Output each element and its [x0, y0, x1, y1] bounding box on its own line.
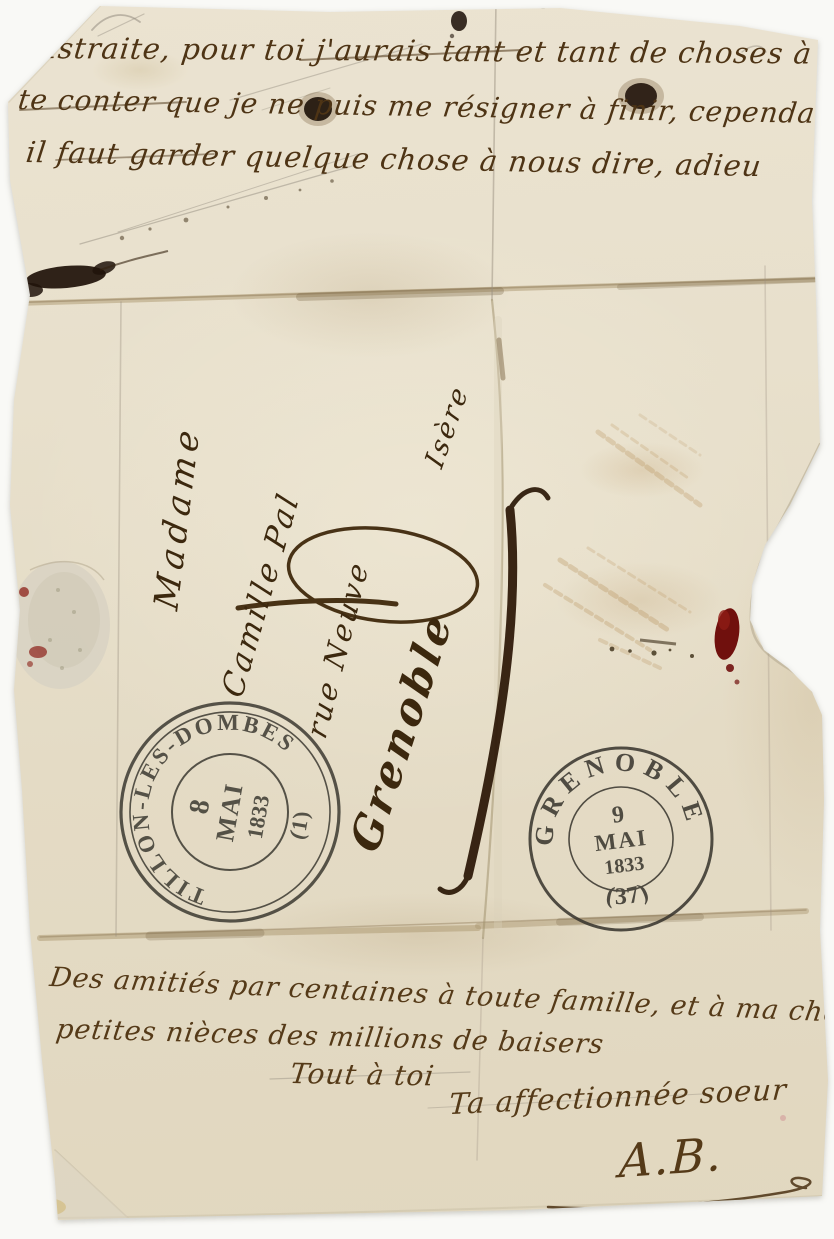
- paper-sheet-wrap: CHATILLON-LES-DOMBES (1) 8 MAI 1833 GREN…: [0, 0, 834, 1239]
- letter-top-line-2: te conter que je ne puis me résigner à f…: [17, 86, 834, 128]
- svg-text:(37): (37): [601, 877, 655, 913]
- svg-text:GRENOBLE: GRENOBLE: [519, 737, 712, 851]
- letter-top-line-1: distraite, pour toi j'aurais tant et tan…: [27, 34, 814, 68]
- scanned-letter: CHATILLON-LES-DOMBES (1) 8 MAI 1833 GREN…: [0, 0, 834, 1239]
- paper-sheet: CHATILLON-LES-DOMBES (1) 8 MAI 1833 GREN…: [0, 0, 834, 1239]
- postmark-arrival-department: (37): [601, 877, 655, 913]
- letter-top-line-3: il faut garder quelque chose à nous dire…: [24, 138, 763, 181]
- postmark-origin-month: MAI: [210, 780, 249, 844]
- postmark-origin-day: 8: [183, 797, 216, 816]
- postmark-arrival-place: GRENOBLE: [519, 737, 712, 851]
- letter-valediction: Ta affectionnée soeur: [448, 1075, 788, 1119]
- postmark-arrival-day: 9: [611, 802, 626, 829]
- letter-closing: Tout à toi: [289, 1060, 437, 1090]
- svg-text:(1): (1): [283, 806, 315, 843]
- postmark-arrival-year: 1833: [603, 852, 645, 879]
- torn-patch: [10, 561, 110, 689]
- postmark-arrival: GRENOBLE (37) 9 MAI 1833: [519, 737, 724, 941]
- letter-signature: A.B.: [618, 1131, 724, 1184]
- wax-seal-remnant: [19, 587, 743, 685]
- address-name: Camille Pal: [218, 488, 305, 702]
- postmark-origin-year: 1833: [242, 793, 274, 841]
- postmark-origin-department: (1): [283, 806, 315, 843]
- postmark-arrival-month: MAI: [593, 825, 649, 856]
- letter-bottom-line-2: petites nièces des millions de baisers: [54, 1016, 605, 1058]
- offset-ink-smudges: [545, 415, 700, 668]
- address-street: rue Neuve: [303, 557, 374, 742]
- address-department: Isère: [421, 381, 473, 472]
- address-title: Madame: [150, 421, 206, 613]
- address-city: Grenoble: [344, 606, 459, 858]
